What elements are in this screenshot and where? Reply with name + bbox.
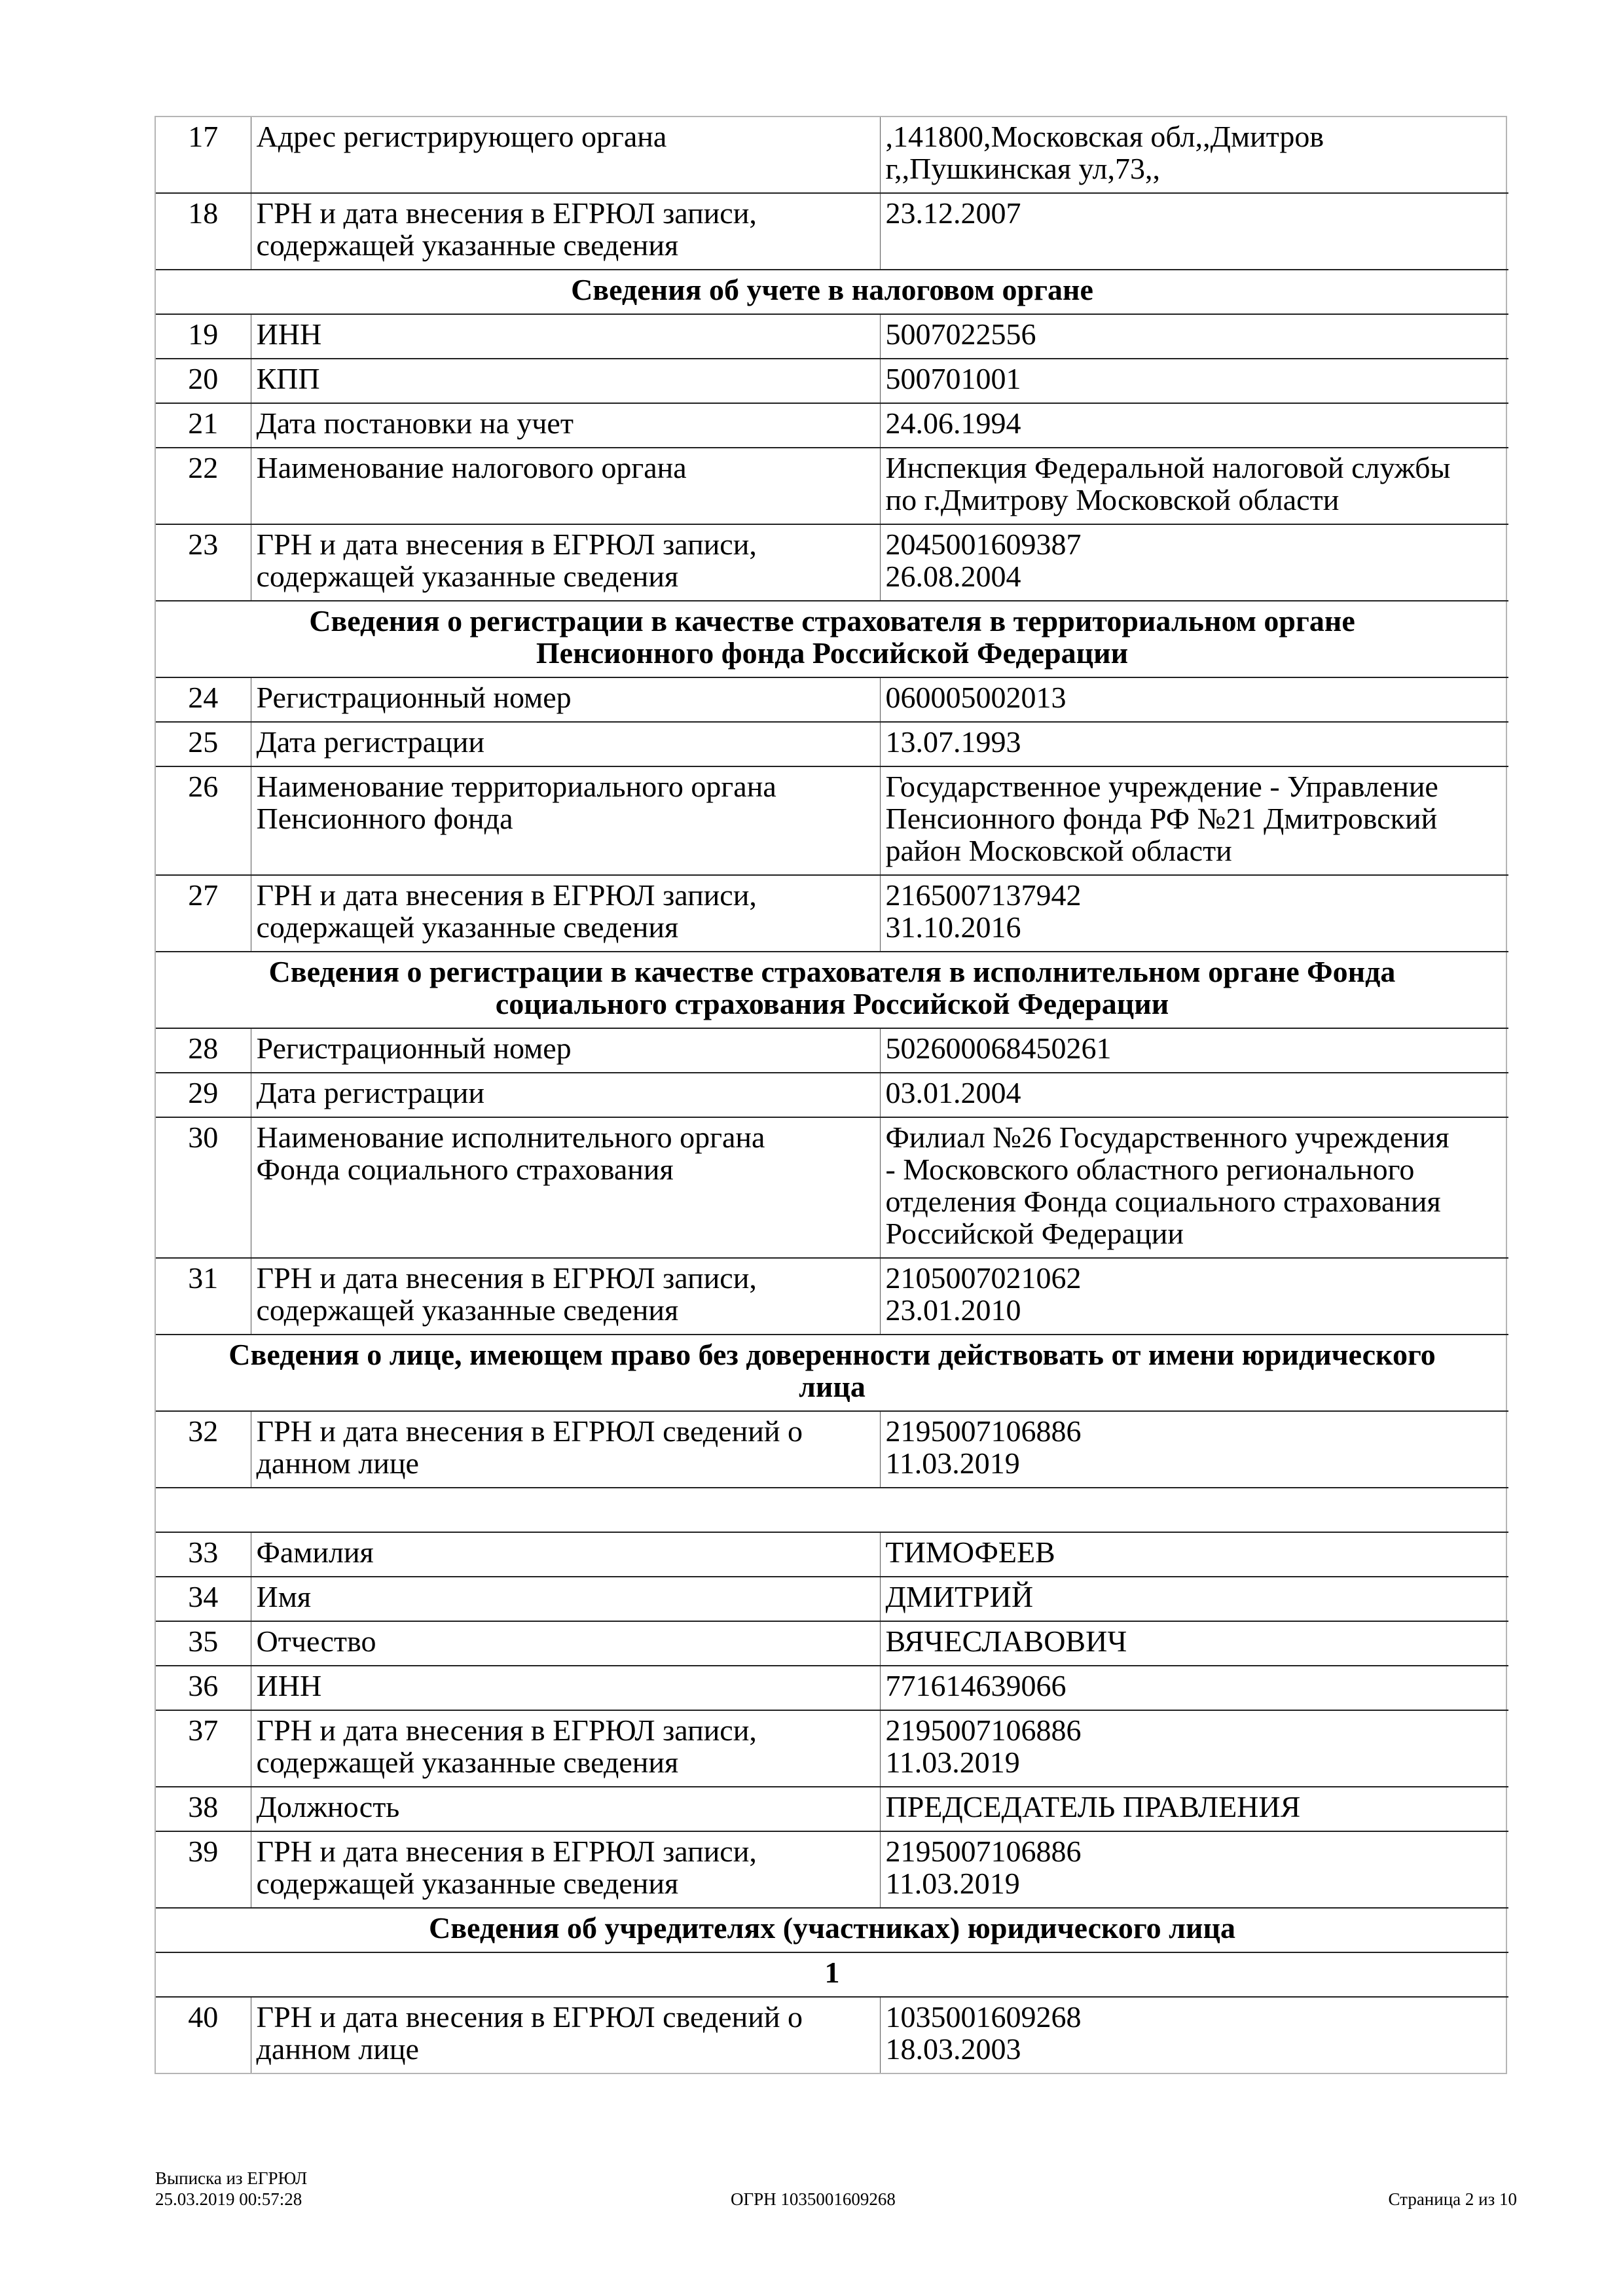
table-row: 26Наименование территориального органаПе… <box>156 766 1508 875</box>
text-line: 1035001609268 <box>886 2001 1504 2033</box>
text-line: ТИМОФЕЕВ <box>886 1536 1504 1568</box>
text-line: 2045001609387 <box>886 528 1504 560</box>
row-label: Фамилия <box>251 1532 880 1577</box>
empty-cell <box>156 1488 1508 1532</box>
row-label: ГРН и дата внесения в ЕГРЮЛ записи,содер… <box>251 875 880 952</box>
text-line: Сведения о лице, имеющем право без довер… <box>169 1338 1495 1371</box>
table-row: 19ИНН5007022556 <box>156 314 1508 359</box>
section-header-row: Сведения о регистрации в качестве страхо… <box>156 601 1508 677</box>
text-line: 2195007106886 <box>886 1835 1504 1867</box>
text-line: Сведения о регистрации в качестве страхо… <box>169 605 1495 637</box>
row-value: ВЯЧЕСЛАВОВИЧ <box>880 1621 1508 1666</box>
text-line: 18.03.2003 <box>886 2033 1504 2065</box>
section-header-row: Сведения о регистрации в качестве страхо… <box>156 952 1508 1028</box>
table-row: 38ДолжностьПРЕДСЕДАТЕЛЬ ПРАВЛЕНИЯ <box>156 1787 1508 1831</box>
text-line: Наименование налогового органа <box>257 452 875 484</box>
text-line: 23.01.2010 <box>886 1294 1504 1326</box>
row-value: 060005002013 <box>880 677 1508 722</box>
table-row: 39ГРН и дата внесения в ЕГРЮЛ записи,сод… <box>156 1831 1508 1908</box>
row-number: 40 <box>156 1997 251 2073</box>
table-row: 20КПП500701001 <box>156 359 1508 403</box>
table-row: 34ИмяДМИТРИЙ <box>156 1577 1508 1621</box>
text-line: 1 <box>161 1956 1503 1988</box>
text-line: ДМИТРИЙ <box>886 1581 1504 1613</box>
text-line: социального страхования Российской Федер… <box>169 988 1495 1020</box>
text-line: 500701001 <box>886 363 1504 395</box>
row-value: 13.07.1993 <box>880 722 1508 766</box>
row-value: 24.06.1994 <box>880 403 1508 448</box>
text-line: 2195007106886 <box>886 1714 1504 1746</box>
row-value: 216500713794231.10.2016 <box>880 875 1508 952</box>
row-label: Дата регистрации <box>251 1073 880 1117</box>
row-label: Должность <box>251 1787 880 1831</box>
row-value: Государственное учреждение - УправлениеП… <box>880 766 1508 875</box>
records-body: 17Адрес регистрирующего органа,141800,Мо… <box>156 117 1508 2073</box>
row-value: ПРЕДСЕДАТЕЛЬ ПРАВЛЕНИЯ <box>880 1787 1508 1831</box>
row-label: ГРН и дата внесения в ЕГРЮЛ сведений ода… <box>251 1997 880 2073</box>
text-line: Регистрационный номер <box>257 681 875 713</box>
text-line: ВЯЧЕСЛАВОВИЧ <box>886 1625 1504 1657</box>
row-value: 204500160938726.08.2004 <box>880 524 1508 601</box>
row-number: 39 <box>156 1831 251 1908</box>
row-value: ТИМОФЕЕВ <box>880 1532 1508 1577</box>
text-line: содержащей указанные сведения <box>257 229 875 261</box>
row-label: КПП <box>251 359 880 403</box>
table-row: 32ГРН и дата внесения в ЕГРЮЛ сведений о… <box>156 1411 1508 1488</box>
table-row: 40ГРН и дата внесения в ЕГРЮЛ сведений о… <box>156 1997 1508 2073</box>
empty-row <box>156 1488 1508 1532</box>
text-line: Инспекция Федеральной налоговой службы <box>886 452 1504 484</box>
table-row: 29Дата регистрации03.01.2004 <box>156 1073 1508 1117</box>
text-line: по г.Дмитрову Московской области <box>886 484 1504 516</box>
row-value: 502600068450261 <box>880 1028 1508 1073</box>
text-line: 26.08.2004 <box>886 560 1504 592</box>
row-label: Дата постановки на учет <box>251 403 880 448</box>
table-row: 31ГРН и дата внесения в ЕГРЮЛ записи,сод… <box>156 1258 1508 1335</box>
row-number: 33 <box>156 1532 251 1577</box>
text-line: 11.03.2019 <box>886 1746 1504 1778</box>
text-line: ГРН и дата внесения в ЕГРЮЛ сведений о <box>257 2001 875 2033</box>
text-line: Сведения о регистрации в качестве страхо… <box>169 956 1495 988</box>
row-number: 35 <box>156 1621 251 1666</box>
row-number: 25 <box>156 722 251 766</box>
row-value: ,141800,Московская обл,,Дмитровг,,Пушкин… <box>880 117 1508 193</box>
row-value: 5007022556 <box>880 314 1508 359</box>
row-label: ГРН и дата внесения в ЕГРЮЛ записи,содер… <box>251 1710 880 1787</box>
row-number: 34 <box>156 1577 251 1621</box>
text-line: Фонда социального страхования <box>257 1153 875 1185</box>
text-line: лица <box>169 1371 1495 1403</box>
table-row: 27ГРН и дата внесения в ЕГРЮЛ записи,сод… <box>156 875 1508 952</box>
row-value: 23.12.2007 <box>880 193 1508 270</box>
table-row: 24Регистрационный номер060005002013 <box>156 677 1508 722</box>
section-header-row: Сведения об учредителях (участниках) юри… <box>156 1908 1508 1952</box>
text-line: ГРН и дата внесения в ЕГРЮЛ записи, <box>257 197 875 229</box>
text-line: данном лице <box>257 2033 875 2065</box>
egrul-extract-table: 17Адрес регистрирующего органа,141800,Мо… <box>155 116 1507 2074</box>
section-title: Сведения об учредителях (участниках) юри… <box>156 1908 1508 1952</box>
text-line: 11.03.2019 <box>886 1447 1504 1479</box>
row-number: 17 <box>156 117 251 193</box>
text-line: 31.10.2016 <box>886 911 1504 943</box>
text-line: Должность <box>257 1791 875 1823</box>
text-line: ГРН и дата внесения в ЕГРЮЛ записи, <box>257 879 875 911</box>
table-row: 17Адрес регистрирующего органа,141800,Мо… <box>156 117 1508 193</box>
text-line: содержащей указанные сведения <box>257 1294 875 1326</box>
row-label: ГРН и дата внесения в ЕГРЮЛ записи,содер… <box>251 1831 880 1908</box>
text-line: 2165007137942 <box>886 879 1504 911</box>
row-label: Регистрационный номер <box>251 1028 880 1073</box>
text-line: 13.07.1993 <box>886 726 1504 758</box>
row-value: 500701001 <box>880 359 1508 403</box>
row-value: 219500710688611.03.2019 <box>880 1831 1508 1908</box>
row-value: 219500710688611.03.2019 <box>880 1411 1508 1488</box>
section-title: Сведения о регистрации в качестве страхо… <box>156 601 1508 677</box>
row-number: 37 <box>156 1710 251 1787</box>
row-number: 38 <box>156 1787 251 1831</box>
row-value: 771614639066 <box>880 1666 1508 1710</box>
row-number: 21 <box>156 403 251 448</box>
table-row: 28Регистрационный номер502600068450261 <box>156 1028 1508 1073</box>
row-label: ГРН и дата внесения в ЕГРЮЛ записи,содер… <box>251 193 880 270</box>
table-row: 37ГРН и дата внесения в ЕГРЮЛ записи,сод… <box>156 1710 1508 1787</box>
row-label: Дата регистрации <box>251 722 880 766</box>
text-line: содержащей указанные сведения <box>257 1867 875 1899</box>
text-line: ГРН и дата внесения в ЕГРЮЛ записи, <box>257 528 875 560</box>
row-value: 103500160926818.03.2003 <box>880 1997 1508 2073</box>
footer-ogrn: ОГРН 1035001609268 <box>731 2189 896 2210</box>
text-line: Пенсионного фонда РФ №21 Дмитровский <box>886 802 1504 834</box>
text-line: отделения Фонда социального страхования <box>886 1185 1504 1217</box>
text-line: 11.03.2019 <box>886 1867 1504 1899</box>
row-value: Инспекция Федеральной налоговой службыпо… <box>880 448 1508 524</box>
table-row: 18ГРН и дата внесения в ЕГРЮЛ записи,сод… <box>156 193 1508 270</box>
text-line: - Московского областного регионального <box>886 1153 1504 1185</box>
text-line: ,141800,Московская обл,,Дмитров <box>886 120 1504 152</box>
row-label: Адрес регистрирующего органа <box>251 117 880 193</box>
table-row: 21Дата постановки на учет24.06.1994 <box>156 403 1508 448</box>
page-footer: Выписка из ЕГРЮЛ 25.03.2019 00:57:28 ОГР… <box>155 2168 1517 2210</box>
text-line: Пенсионного фонда <box>257 802 875 834</box>
section-title: Сведения о лице, имеющем право без довер… <box>156 1335 1508 1411</box>
subsection-title: 1 <box>156 1952 1508 1997</box>
footer-info-row: 25.03.2019 00:57:28 ОГРН 1035001609268 С… <box>155 2189 1517 2210</box>
text-line: 24.06.1994 <box>886 407 1504 439</box>
row-value: 219500710688611.03.2019 <box>880 1710 1508 1787</box>
row-label: ГРН и дата внесения в ЕГРЮЛ сведений ода… <box>251 1411 880 1488</box>
text-line: Наименование исполнительного органа <box>257 1121 875 1153</box>
row-number: 18 <box>156 193 251 270</box>
text-line: Отчество <box>257 1625 875 1657</box>
row-label: ИНН <box>251 314 880 359</box>
text-line: Государственное учреждение - Управление <box>886 770 1504 802</box>
row-number: 30 <box>156 1117 251 1258</box>
text-line: Филиал №26 Государственного учреждения <box>886 1121 1504 1153</box>
text-line: Фамилия <box>257 1536 875 1568</box>
row-number: 23 <box>156 524 251 601</box>
section-title: Сведения о регистрации в качестве страхо… <box>156 952 1508 1028</box>
row-number: 22 <box>156 448 251 524</box>
text-line: ГРН и дата внесения в ЕГРЮЛ записи, <box>257 1714 875 1746</box>
section-header-row: Сведения об учете в налоговом органе <box>156 270 1508 314</box>
text-line: Наименование территориального органа <box>257 770 875 802</box>
table-row: 30Наименование исполнительного органаФон… <box>156 1117 1508 1258</box>
footer-document-title: Выписка из ЕГРЮЛ <box>155 2168 1517 2189</box>
text-line: Регистрационный номер <box>257 1032 875 1064</box>
row-label: Наименование исполнительного органаФонда… <box>251 1117 880 1258</box>
section-header-row: Сведения о лице, имеющем право без довер… <box>156 1335 1508 1411</box>
text-line: содержащей указанные сведения <box>257 1746 875 1778</box>
text-line: Адрес регистрирующего органа <box>257 120 875 152</box>
footer-page-number: Страница 2 из 10 <box>1389 2189 1517 2210</box>
row-label: ГРН и дата внесения в ЕГРЮЛ записи,содер… <box>251 1258 880 1335</box>
text-line: 502600068450261 <box>886 1032 1504 1064</box>
text-line: Российской Федерации <box>886 1217 1504 1249</box>
table-row: 36ИНН771614639066 <box>156 1666 1508 1710</box>
text-line: г,,Пушкинская ул,73,, <box>886 152 1504 185</box>
table-row: 23ГРН и дата внесения в ЕГРЮЛ записи,сод… <box>156 524 1508 601</box>
text-line: Сведения об учредителях (участниках) юри… <box>169 1912 1495 1944</box>
text-line: Сведения об учете в налоговом органе <box>169 274 1495 306</box>
row-number: 36 <box>156 1666 251 1710</box>
text-line: КПП <box>257 363 875 395</box>
text-line: ГРН и дата внесения в ЕГРЮЛ записи, <box>257 1262 875 1294</box>
text-line: Дата постановки на учет <box>257 407 875 439</box>
row-number: 20 <box>156 359 251 403</box>
row-number: 26 <box>156 766 251 875</box>
row-number: 28 <box>156 1028 251 1073</box>
row-number: 19 <box>156 314 251 359</box>
text-line: данном лице <box>257 1447 875 1479</box>
table-row: 25Дата регистрации13.07.1993 <box>156 722 1508 766</box>
text-line: ИНН <box>257 1670 875 1702</box>
text-line: ИНН <box>257 318 875 350</box>
text-line: 060005002013 <box>886 681 1504 713</box>
row-number: 29 <box>156 1073 251 1117</box>
text-line: Пенсионного фонда Российской Федерации <box>169 637 1495 669</box>
records-table: 17Адрес регистрирующего органа,141800,Мо… <box>156 117 1508 2073</box>
row-value: 03.01.2004 <box>880 1073 1508 1117</box>
text-line: ПРЕДСЕДАТЕЛЬ ПРАВЛЕНИЯ <box>886 1791 1504 1823</box>
row-value: 210500702106223.01.2010 <box>880 1258 1508 1335</box>
text-line: Имя <box>257 1581 875 1613</box>
footer-datetime: 25.03.2019 00:57:28 <box>155 2189 302 2210</box>
row-label: ГРН и дата внесения в ЕГРЮЛ записи,содер… <box>251 524 880 601</box>
table-row: 22Наименование налогового органаИнспекци… <box>156 448 1508 524</box>
row-label: Регистрационный номер <box>251 677 880 722</box>
row-value: Филиал №26 Государственного учреждения- … <box>880 1117 1508 1258</box>
text-line: 2105007021062 <box>886 1262 1504 1294</box>
text-line: район Московской области <box>886 834 1504 867</box>
row-label: Наименование налогового органа <box>251 448 880 524</box>
text-line: 2195007106886 <box>886 1415 1504 1447</box>
row-number: 32 <box>156 1411 251 1488</box>
subsection-header-row: 1 <box>156 1952 1508 1997</box>
row-label: Имя <box>251 1577 880 1621</box>
row-number: 24 <box>156 677 251 722</box>
text-line: Дата регистрации <box>257 726 875 758</box>
text-line: 771614639066 <box>886 1670 1504 1702</box>
text-line: 23.12.2007 <box>886 197 1504 229</box>
text-line: 03.01.2004 <box>886 1077 1504 1109</box>
text-line: ГРН и дата внесения в ЕГРЮЛ записи, <box>257 1835 875 1867</box>
table-row: 35ОтчествоВЯЧЕСЛАВОВИЧ <box>156 1621 1508 1666</box>
row-number: 27 <box>156 875 251 952</box>
row-label: Наименование территориального органаПенс… <box>251 766 880 875</box>
row-number: 31 <box>156 1258 251 1335</box>
text-line: содержащей указанные сведения <box>257 560 875 592</box>
text-line: ГРН и дата внесения в ЕГРЮЛ сведений о <box>257 1415 875 1447</box>
section-title: Сведения об учете в налоговом органе <box>156 270 1508 314</box>
row-value: ДМИТРИЙ <box>880 1577 1508 1621</box>
row-label: ИНН <box>251 1666 880 1710</box>
text-line: содержащей указанные сведения <box>257 911 875 943</box>
text-line: 5007022556 <box>886 318 1504 350</box>
row-label: Отчество <box>251 1621 880 1666</box>
text-line: Дата регистрации <box>257 1077 875 1109</box>
table-row: 33ФамилияТИМОФЕЕВ <box>156 1532 1508 1577</box>
